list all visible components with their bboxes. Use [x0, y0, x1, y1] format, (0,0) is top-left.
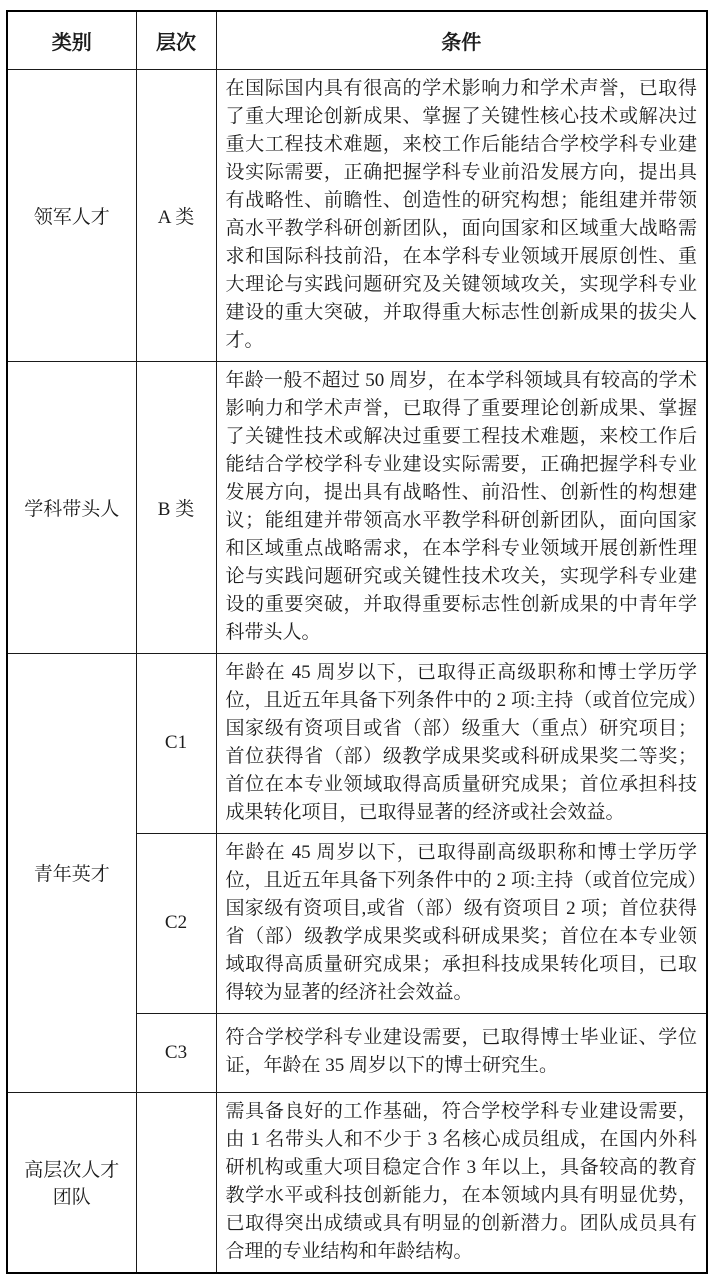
level-cell: C3 — [136, 1013, 216, 1092]
condition-cell: 符合学校学科专业建设需要，已取得博士毕业证、学位证，年龄在 35 周岁以下的博士… — [216, 1013, 707, 1092]
table-row: 青年英才C1年龄在 45 周岁以下，已取得正高级职称和博士学历学位，且近五年具备… — [7, 653, 707, 833]
talent-category-table: 类别 层次 条件 领军人才A 类在国际国内具有很高的学术影响力和学术声誉，已取得… — [6, 10, 708, 1274]
header-condition: 条件 — [216, 11, 707, 69]
level-cell: B 类 — [136, 361, 216, 653]
category-cell: 领军人才 — [7, 69, 136, 361]
condition-cell: 需具备良好的工作基础，符合学校学科专业建设需要，由 1 名带头人和不少于 3 名… — [216, 1092, 707, 1273]
header-level: 层次 — [136, 11, 216, 69]
table-header: 类别 层次 条件 — [7, 11, 707, 69]
level-cell: C1 — [136, 653, 216, 833]
category-cell: 学科带头人 — [7, 361, 136, 653]
table-row: 领军人才A 类在国际国内具有很高的学术影响力和学术声誉，已取得了重大理论创新成果… — [7, 69, 707, 361]
level-cell — [136, 1092, 216, 1273]
level-cell: C2 — [136, 833, 216, 1013]
level-cell: A 类 — [136, 69, 216, 361]
table-row: 学科带头人B 类年龄一般不超过 50 周岁，在本学科领域具有较高的学术影响力和学… — [7, 361, 707, 653]
header-row: 类别 层次 条件 — [7, 11, 707, 69]
table-row: 高层次人才团队需具备良好的工作基础，符合学校学科专业建设需要，由 1 名带头人和… — [7, 1092, 707, 1273]
category-cell: 高层次人才团队 — [7, 1092, 136, 1273]
condition-cell: 年龄在 45 周岁以下，已取得副高级职称和博士学历学位，且近五年具备下列条件中的… — [216, 833, 707, 1013]
condition-cell: 年龄一般不超过 50 周岁，在本学科领域具有较高的学术影响力和学术声誉，已取得了… — [216, 361, 707, 653]
table-body: 领军人才A 类在国际国内具有很高的学术影响力和学术声誉，已取得了重大理论创新成果… — [7, 69, 707, 1273]
condition-cell: 在国际国内具有很高的学术影响力和学术声誉，已取得了重大理论创新成果、掌握了关键性… — [216, 69, 707, 361]
header-category: 类别 — [7, 11, 136, 69]
condition-cell: 年龄在 45 周岁以下，已取得正高级职称和博士学历学位，且近五年具备下列条件中的… — [216, 653, 707, 833]
category-cell: 青年英才 — [7, 653, 136, 1092]
